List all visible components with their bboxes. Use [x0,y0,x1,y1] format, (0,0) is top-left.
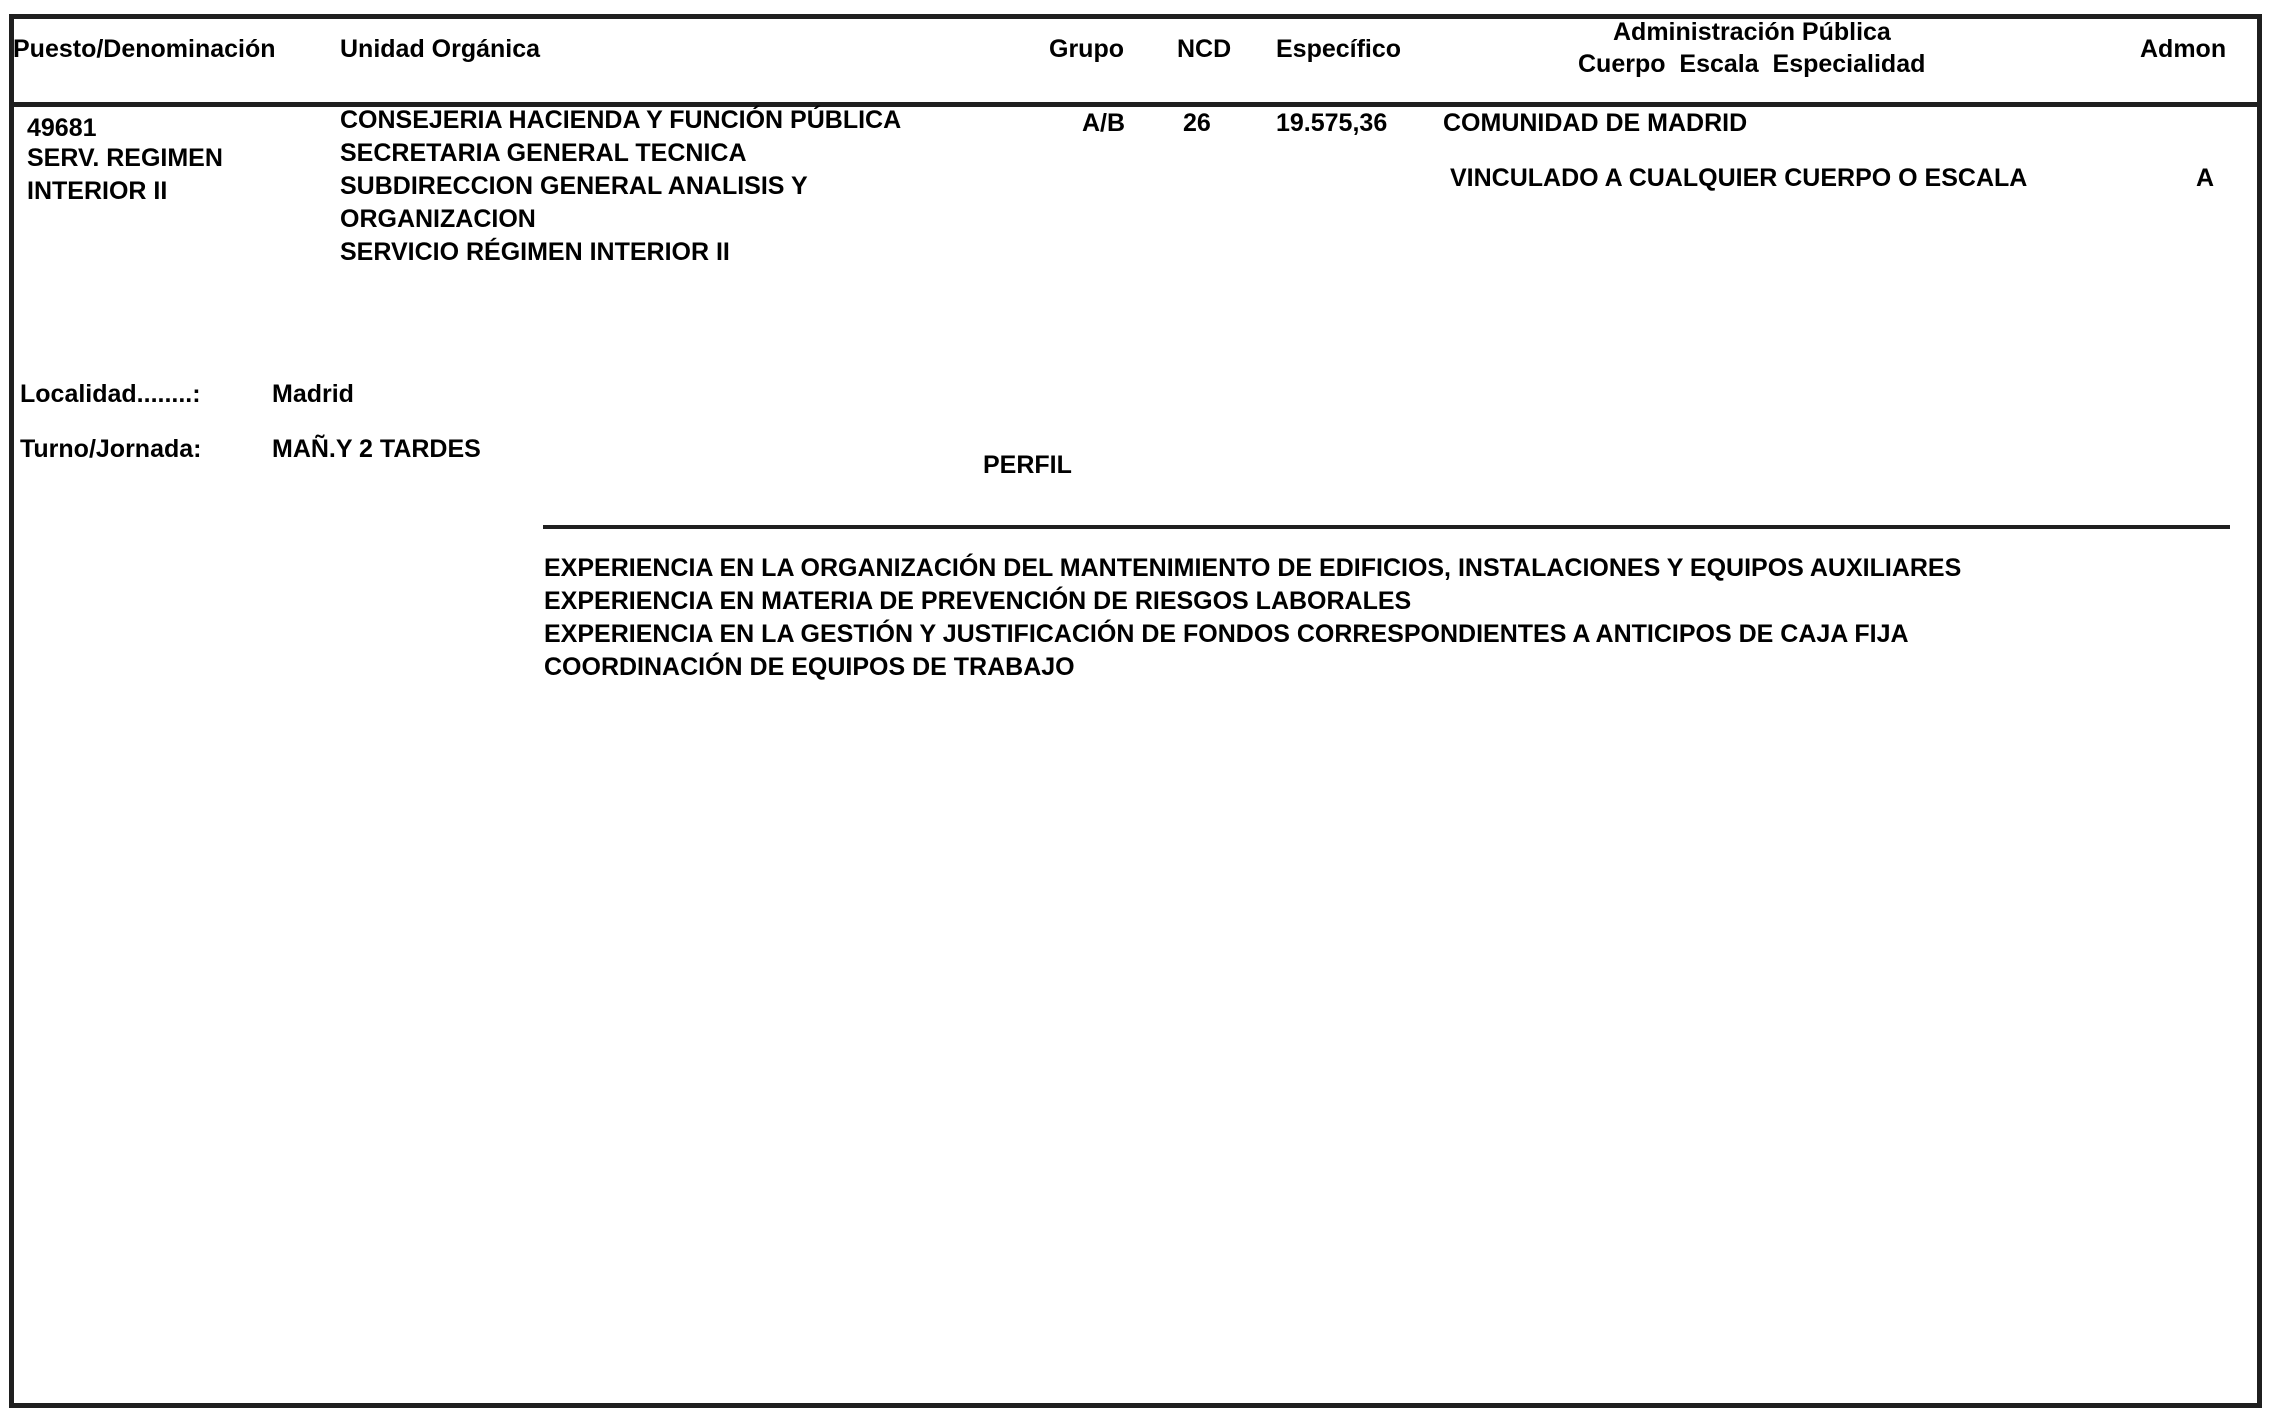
unidad-line: SUBDIRECCION GENERAL ANALISIS Y [340,170,901,203]
especifico-value: 19.575,36 [1276,111,1387,136]
administracion-value: COMUNIDAD DE MADRID [1443,111,1747,136]
perfil-item: COORDINACIÓN DE EQUIPOS DE TRABAJO [544,651,1961,684]
perfil-title: PERFIL [983,453,1072,478]
puesto-name-line-2: INTERIOR II [27,175,223,208]
unidad-line: ORGANIZACION [340,203,901,236]
header-especifico: Específico [1276,37,1401,62]
grupo-value: A/B [1082,111,1125,136]
localidad-value: Madrid [272,382,354,407]
puesto-code: 49681 [27,112,223,142]
header-ncd: NCD [1177,37,1231,62]
cuerpo-escala-value: VINCULADO A CUALQUIER CUERPO O ESCALA [1450,166,2027,191]
admon-value: A [2196,166,2214,191]
header-cuerpo-escala: Cuerpo Escala Especialidad [1578,52,1925,77]
turno-value: MAÑ.Y 2 TARDES [272,437,481,462]
perfil-item: EXPERIENCIA EN MATERIA DE PREVENCIÓN DE … [544,585,1961,618]
ncd-value: 26 [1183,111,1211,136]
perfil-items: EXPERIENCIA EN LA ORGANIZACIÓN DEL MANTE… [544,552,1961,684]
header-admin-publica: Administración Pública [1613,20,1891,45]
header-admon: Admon [2140,37,2226,62]
unidad-organica: CONSEJERIA HACIENDA Y FUNCIÓN PÚBLICA SE… [340,104,901,269]
turno-label: Turno/Jornada: [20,437,201,462]
header-unidad: Unidad Orgánica [340,37,540,62]
localidad-label: Localidad........: [20,382,201,407]
perfil-divider [543,525,2230,529]
perfil-item: EXPERIENCIA EN LA GESTIÓN Y JUSTIFICACIÓ… [544,618,1961,651]
unidad-line: SERVICIO RÉGIMEN INTERIOR II [340,236,901,269]
unidad-line: CONSEJERIA HACIENDA Y FUNCIÓN PÚBLICA [340,104,901,137]
header-puesto: Puesto/Denominación [13,37,276,62]
puesto-denominacion: 49681 SERV. REGIMEN INTERIOR II [27,112,223,208]
header-grupo: Grupo [1049,37,1124,62]
puesto-name-line-1: SERV. REGIMEN [27,142,223,175]
perfil-item: EXPERIENCIA EN LA ORGANIZACIÓN DEL MANTE… [544,552,1961,585]
unidad-line: SECRETARIA GENERAL TECNICA [340,137,901,170]
